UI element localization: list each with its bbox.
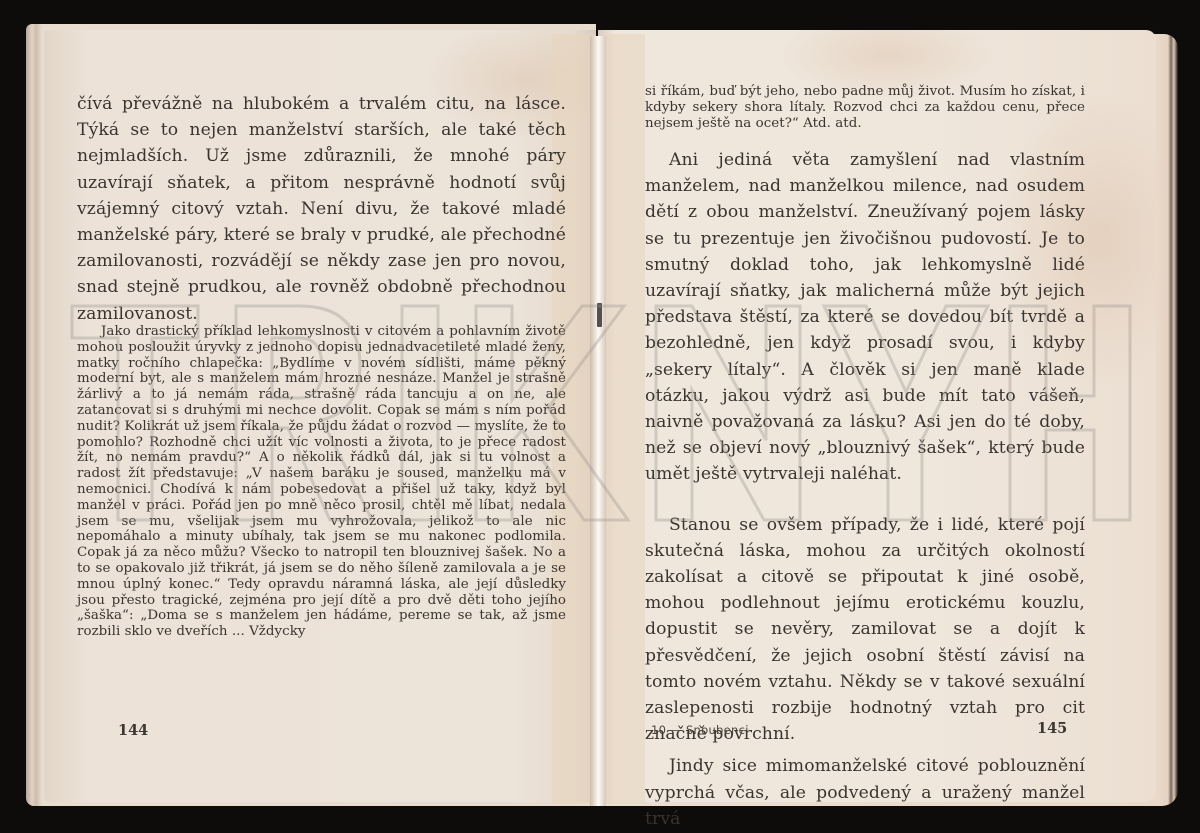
book-gutter xyxy=(590,36,606,806)
binding-thread xyxy=(597,303,602,327)
left-page-body: čívá převážně na hlubokém a trvalém citu… xyxy=(77,91,566,327)
right-page-quote-continuation: si říkám, buď být jeho, nebo padne můj ž… xyxy=(645,84,1085,131)
paragraph: Stanou se ovšem případy, že i lidé, kter… xyxy=(645,512,1085,748)
left-page-quote-block: Jako drastický příklad lehkomyslnosti v … xyxy=(77,324,566,640)
tape-strip-right xyxy=(605,34,645,804)
page-number-right: 145 xyxy=(1037,720,1067,737)
page-number-left: 144 xyxy=(118,722,148,739)
quote-paragraph: si říkám, buď být jeho, nebo padne můj ž… xyxy=(645,84,1085,131)
open-book: čívá převážně na hlubokém a trvalém citu… xyxy=(0,0,1200,833)
paragraph: čívá převážně na hlubokém a trvalém citu… xyxy=(77,91,566,327)
paragraph: Ani jediná věta zamyšlení nad vlastním m… xyxy=(645,147,1085,488)
quote-paragraph: Jako drastický příklad lehkomyslnosti v … xyxy=(77,324,566,640)
paragraph: Jindy sice mimomanželské citové poblouzn… xyxy=(645,753,1085,832)
signature-footer: 10 — Snoubenci xyxy=(651,723,749,737)
